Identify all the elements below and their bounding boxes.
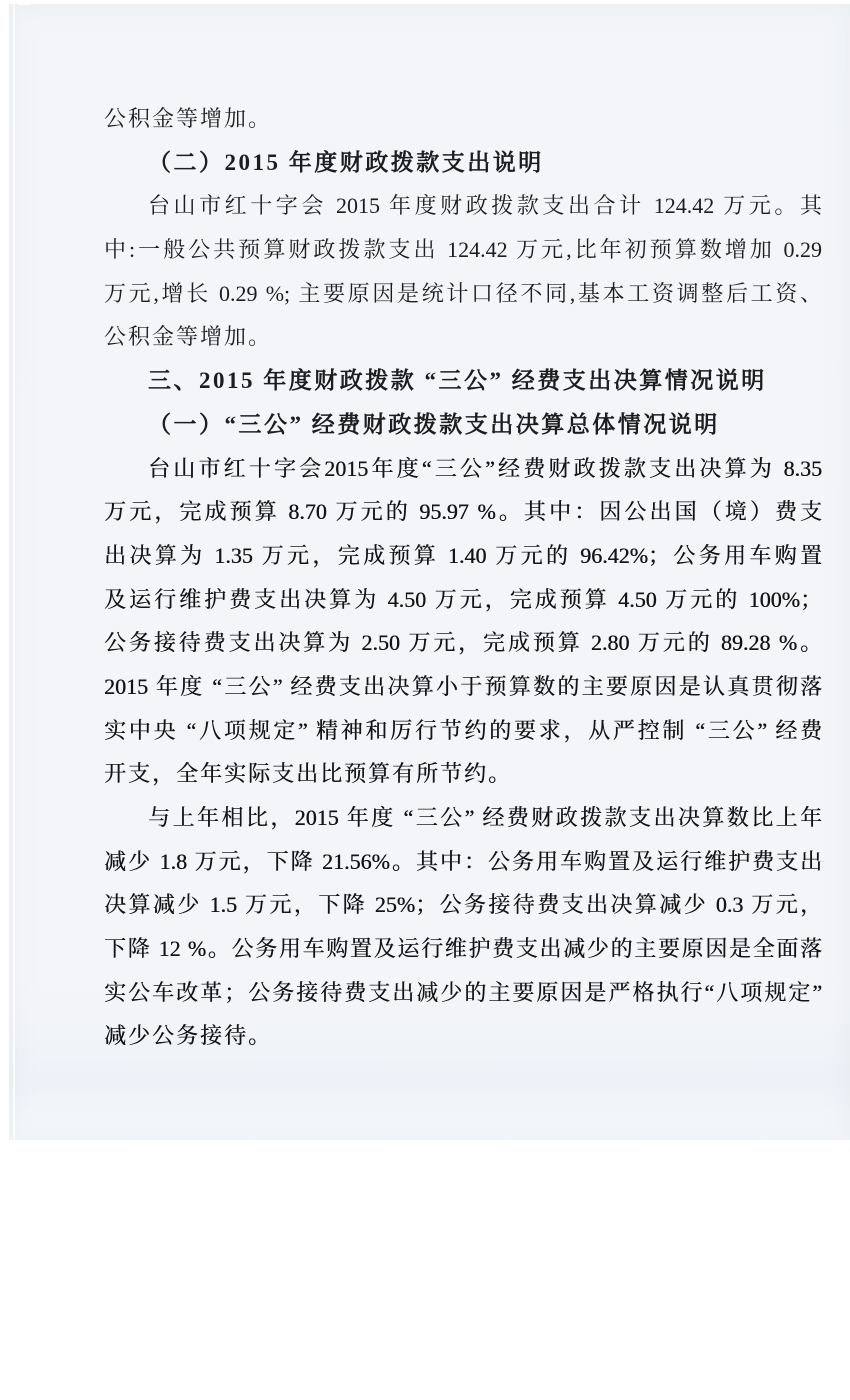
document-text-line: 与上年相比，2015 年度 “三公” 经费财政拨款支出决算数比上年 <box>104 796 822 840</box>
document-text-line: 减少公务接待。 <box>104 1014 822 1058</box>
document-heading-line: （二）2015 年度财政拨款支出说明 <box>104 141 822 185</box>
document-heading-line: （一）“三公” 经费财政拨款支出决算总体情况说明 <box>104 403 822 447</box>
document-text-line: 公积金等增加。 <box>104 315 822 359</box>
document-text-line: 2015 年度 “三公” 经费支出决算小于预算数的主要原因是认真贯彻落 <box>104 665 822 709</box>
document-text-line: 开支，全年实际支出比预算有所节约。 <box>104 752 822 796</box>
document-heading-line: 三、2015 年度财政拨款 “三公” 经费支出决算情况说明 <box>104 359 822 403</box>
document-text-line: 台山市红十字会2015年度“三公”经费财政拨款支出决算为 8.35 <box>104 447 822 491</box>
document-page: 公积金等增加。（二）2015 年度财政拨款支出说明台山市红十字会 2015 年度… <box>9 4 850 1140</box>
scan-edge-artifact <box>13 0 15 1188</box>
document-text-line: 万元，完成预算 8.70 万元的 95.97 %。其中：因公出国（境）费支 <box>104 490 822 534</box>
document-text-line: 及运行维护费支出决算为 4.50 万元，完成预算 4.50 万元的 100%； <box>104 578 822 622</box>
scan-notch-artifact <box>18 0 31 5</box>
document-text-line: 万元,增长 0.29 %; 主要原因是统计口径不同,基本工资调整后工资、 <box>104 272 822 316</box>
document-text-line: 公务接待费支出决算为 2.50 万元，完成预算 2.80 万元的 89.28 %… <box>104 621 822 665</box>
document-text-line: 台山市红十字会 2015 年度财政拨款支出合计 124.42 万元。其 <box>104 184 822 228</box>
document-text: 公积金等增加。（二）2015 年度财政拨款支出说明台山市红十字会 2015 年度… <box>104 97 822 1058</box>
document-text-line: 实中央 “八项规定” 精神和厉行节约的要求，从严控制 “三公” 经费 <box>104 709 822 753</box>
document-text-line: 减少 1.8 万元，下降 21.56%。其中：公务用车购置及运行维护费支出 <box>104 840 822 884</box>
scan-background: 公积金等增加。（二）2015 年度财政拨款支出说明台山市红十字会 2015 年度… <box>0 0 850 1400</box>
document-text-line: 实公车改革；公务接待费支出减少的主要原因是严格执行“八项规定” <box>104 971 822 1015</box>
document-text-line: 中:一般公共预算财政拨款支出 124.42 万元,比年初预算数增加 0.29 <box>104 228 822 272</box>
document-text-line: 决算减少 1.5 万元，下降 25%；公务接待费支出决算减少 0.3 万元， <box>104 883 822 927</box>
document-text-line: 下降 12 %。公务用车购置及运行维护费支出减少的主要原因是全面落 <box>104 927 822 971</box>
document-text-line: 出决算为 1.35 万元，完成预算 1.40 万元的 96.42%；公务用车购置 <box>104 534 822 578</box>
document-text-line: 公积金等增加。 <box>104 97 822 141</box>
